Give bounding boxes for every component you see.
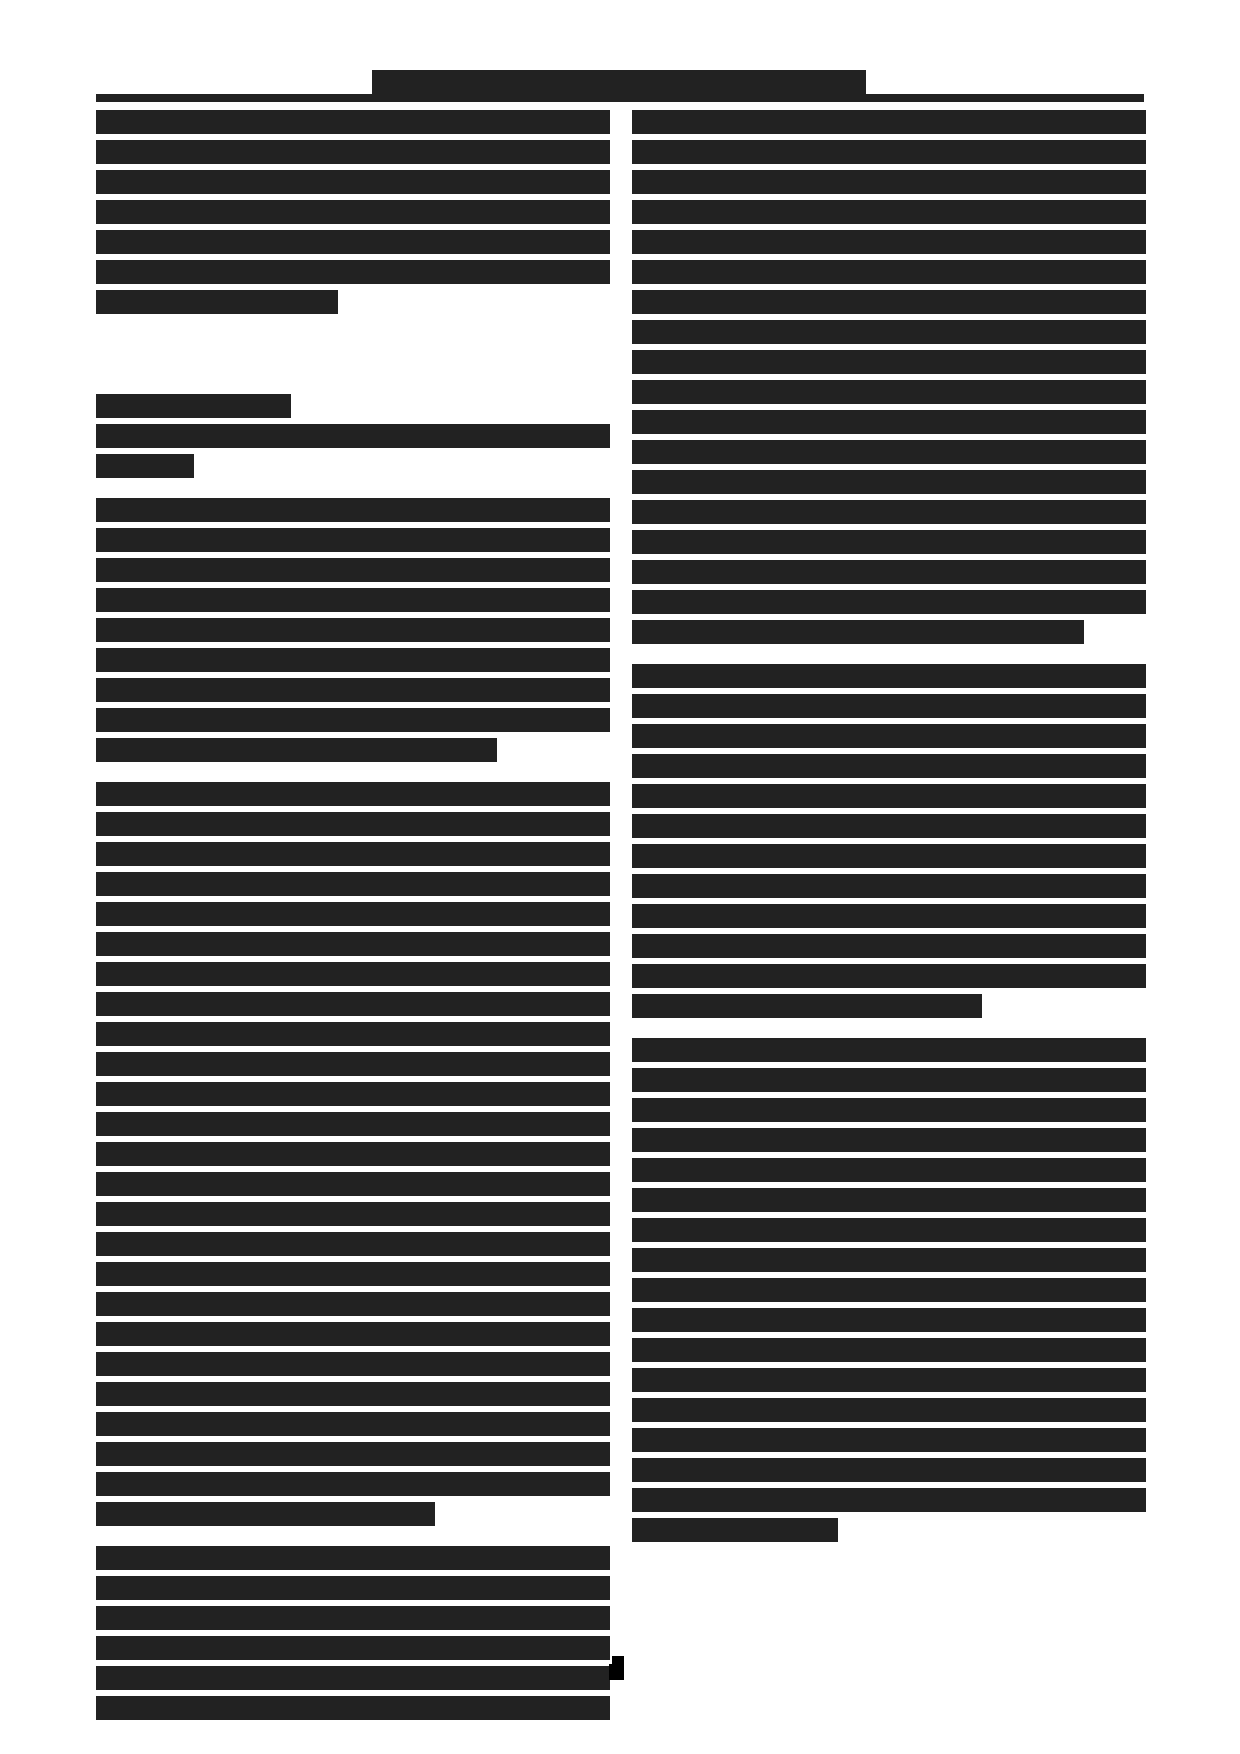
redacted-text-line [632,380,1146,404]
redacted-text-line [632,694,1146,718]
redacted-text-line [96,1546,610,1570]
redacted-text-line [96,648,610,672]
paragraph [632,110,1146,644]
running-header-title: [redacted running header] [372,70,866,94]
redacted-text-line [632,1368,1146,1392]
redacted-text-line [96,498,610,522]
redacted-text-line [96,110,610,134]
redacted-text-line [632,1158,1146,1182]
redacted-text-line [632,1068,1146,1092]
redacted-text-line [96,1202,610,1226]
redacted-text-line [96,588,610,612]
redacted-text-line [632,874,1146,898]
paragraph [96,498,610,762]
paragraph [632,664,1146,1018]
redacted-text-line [96,1022,610,1046]
redacted-text-line [632,590,1146,614]
redacted-text-line [632,964,1146,988]
section-spacer [96,334,610,394]
redacted-text-line [96,1142,610,1166]
redacted-text-line [96,1322,610,1346]
paragraph [96,782,610,1526]
redacted-text-line [632,350,1146,374]
redacted-text-line [96,1472,610,1496]
redacted-text-line [632,1038,1146,1062]
page-number-glyph [609,1664,612,1680]
redacted-text-line [96,200,610,224]
redacted-text-line [96,1502,435,1526]
redacted-text-line [96,394,291,418]
redacted-text-line [96,1576,610,1600]
redacted-text-line [96,708,610,732]
redacted-text-line [632,1398,1146,1422]
redacted-text-line [632,994,982,1018]
paragraph-gap [96,484,610,498]
redacted-text-line [632,844,1146,868]
redacted-text-line [96,812,610,836]
redacted-text-line [632,470,1146,494]
redacted-text-line [96,1082,610,1106]
redacted-text-line [632,784,1146,808]
right-column [632,110,1146,1548]
paragraph [96,1546,610,1720]
redacted-text-line [96,738,497,762]
redacted-text-line [96,260,610,284]
redacted-text-line [96,1412,610,1436]
redacted-text-line [632,1518,838,1542]
redacted-text-line [632,1218,1146,1242]
redacted-text-line [632,1278,1146,1302]
redacted-text-line [96,1696,610,1720]
paragraph-gap [96,768,610,782]
redacted-text-line [96,424,610,448]
redacted-text-line [632,1248,1146,1272]
redacted-text-line [632,814,1146,838]
redacted-text-line [632,200,1146,224]
redacted-text-line [632,664,1146,688]
redacted-text-line [632,754,1146,778]
redacted-text-line [632,1338,1146,1362]
redacted-text-line [96,992,610,1016]
redacted-text-line [632,410,1146,434]
redacted-text-line [632,1458,1146,1482]
redacted-text-line [96,872,610,896]
redacted-text-line [632,1188,1146,1212]
running-header: [redacted running header] [96,70,1144,106]
redacted-text-line [96,932,610,956]
redacted-text-line [96,782,610,806]
redacted-text-line [96,1292,610,1316]
redacted-text-line [96,1442,610,1466]
redacted-text-line [96,230,610,254]
section-subheading [96,424,610,478]
redacted-text-line [96,1232,610,1256]
redacted-text-line [632,620,1084,644]
paragraph-gap [96,320,610,334]
redacted-text-line [96,1606,610,1630]
redacted-text-line [632,904,1146,928]
redacted-text-line [632,230,1146,254]
redacted-text-line [632,1308,1146,1332]
redacted-text-line [96,1636,610,1660]
redacted-text-line [96,1666,610,1690]
redacted-text-line [632,934,1146,958]
paper-page: [redacted running header] [redacted page… [0,0,1240,1754]
redacted-text-line [632,1428,1146,1452]
redacted-text-line [632,724,1146,748]
redacted-text-line [96,678,610,702]
redacted-text-line [632,110,1146,134]
section-heading [96,394,610,418]
redacted-text-line [632,530,1146,554]
redacted-text-line [632,260,1146,284]
paragraph [632,1038,1146,1542]
redacted-text-line [632,170,1146,194]
redacted-text-line [96,170,610,194]
redacted-text-line [632,560,1146,584]
redacted-text-line [96,902,610,926]
redacted-text-line [96,140,610,164]
redacted-text-line [96,1112,610,1136]
redacted-text-line [96,1172,610,1196]
redacted-text-line [96,1052,610,1076]
header-rule [96,94,1144,102]
redacted-text-line [96,962,610,986]
paragraph-gap [96,1532,610,1546]
paragraph-gap [632,1024,1146,1038]
redacted-text-line [96,1382,610,1406]
redacted-text-line [96,454,194,478]
redacted-text-line [632,1128,1146,1152]
left-column [96,110,610,1726]
redacted-text-line [632,500,1146,524]
redacted-text-line [96,528,610,552]
paragraph [96,110,610,314]
paragraph-gap [632,650,1146,664]
redacted-text-line [96,558,610,582]
redacted-text-line [632,290,1146,314]
redacted-text-line [96,290,338,314]
redacted-text-line [96,842,610,866]
redacted-text-line [632,320,1146,344]
redacted-text-line [632,1098,1146,1122]
redacted-text-line [632,140,1146,164]
redacted-text-line [632,1488,1146,1512]
redacted-text-line [96,1262,610,1286]
redacted-text-line [96,1352,610,1376]
redacted-text-line [632,440,1146,464]
redacted-text-line [96,618,610,642]
page-number: [redacted page number] [612,1656,624,1680]
